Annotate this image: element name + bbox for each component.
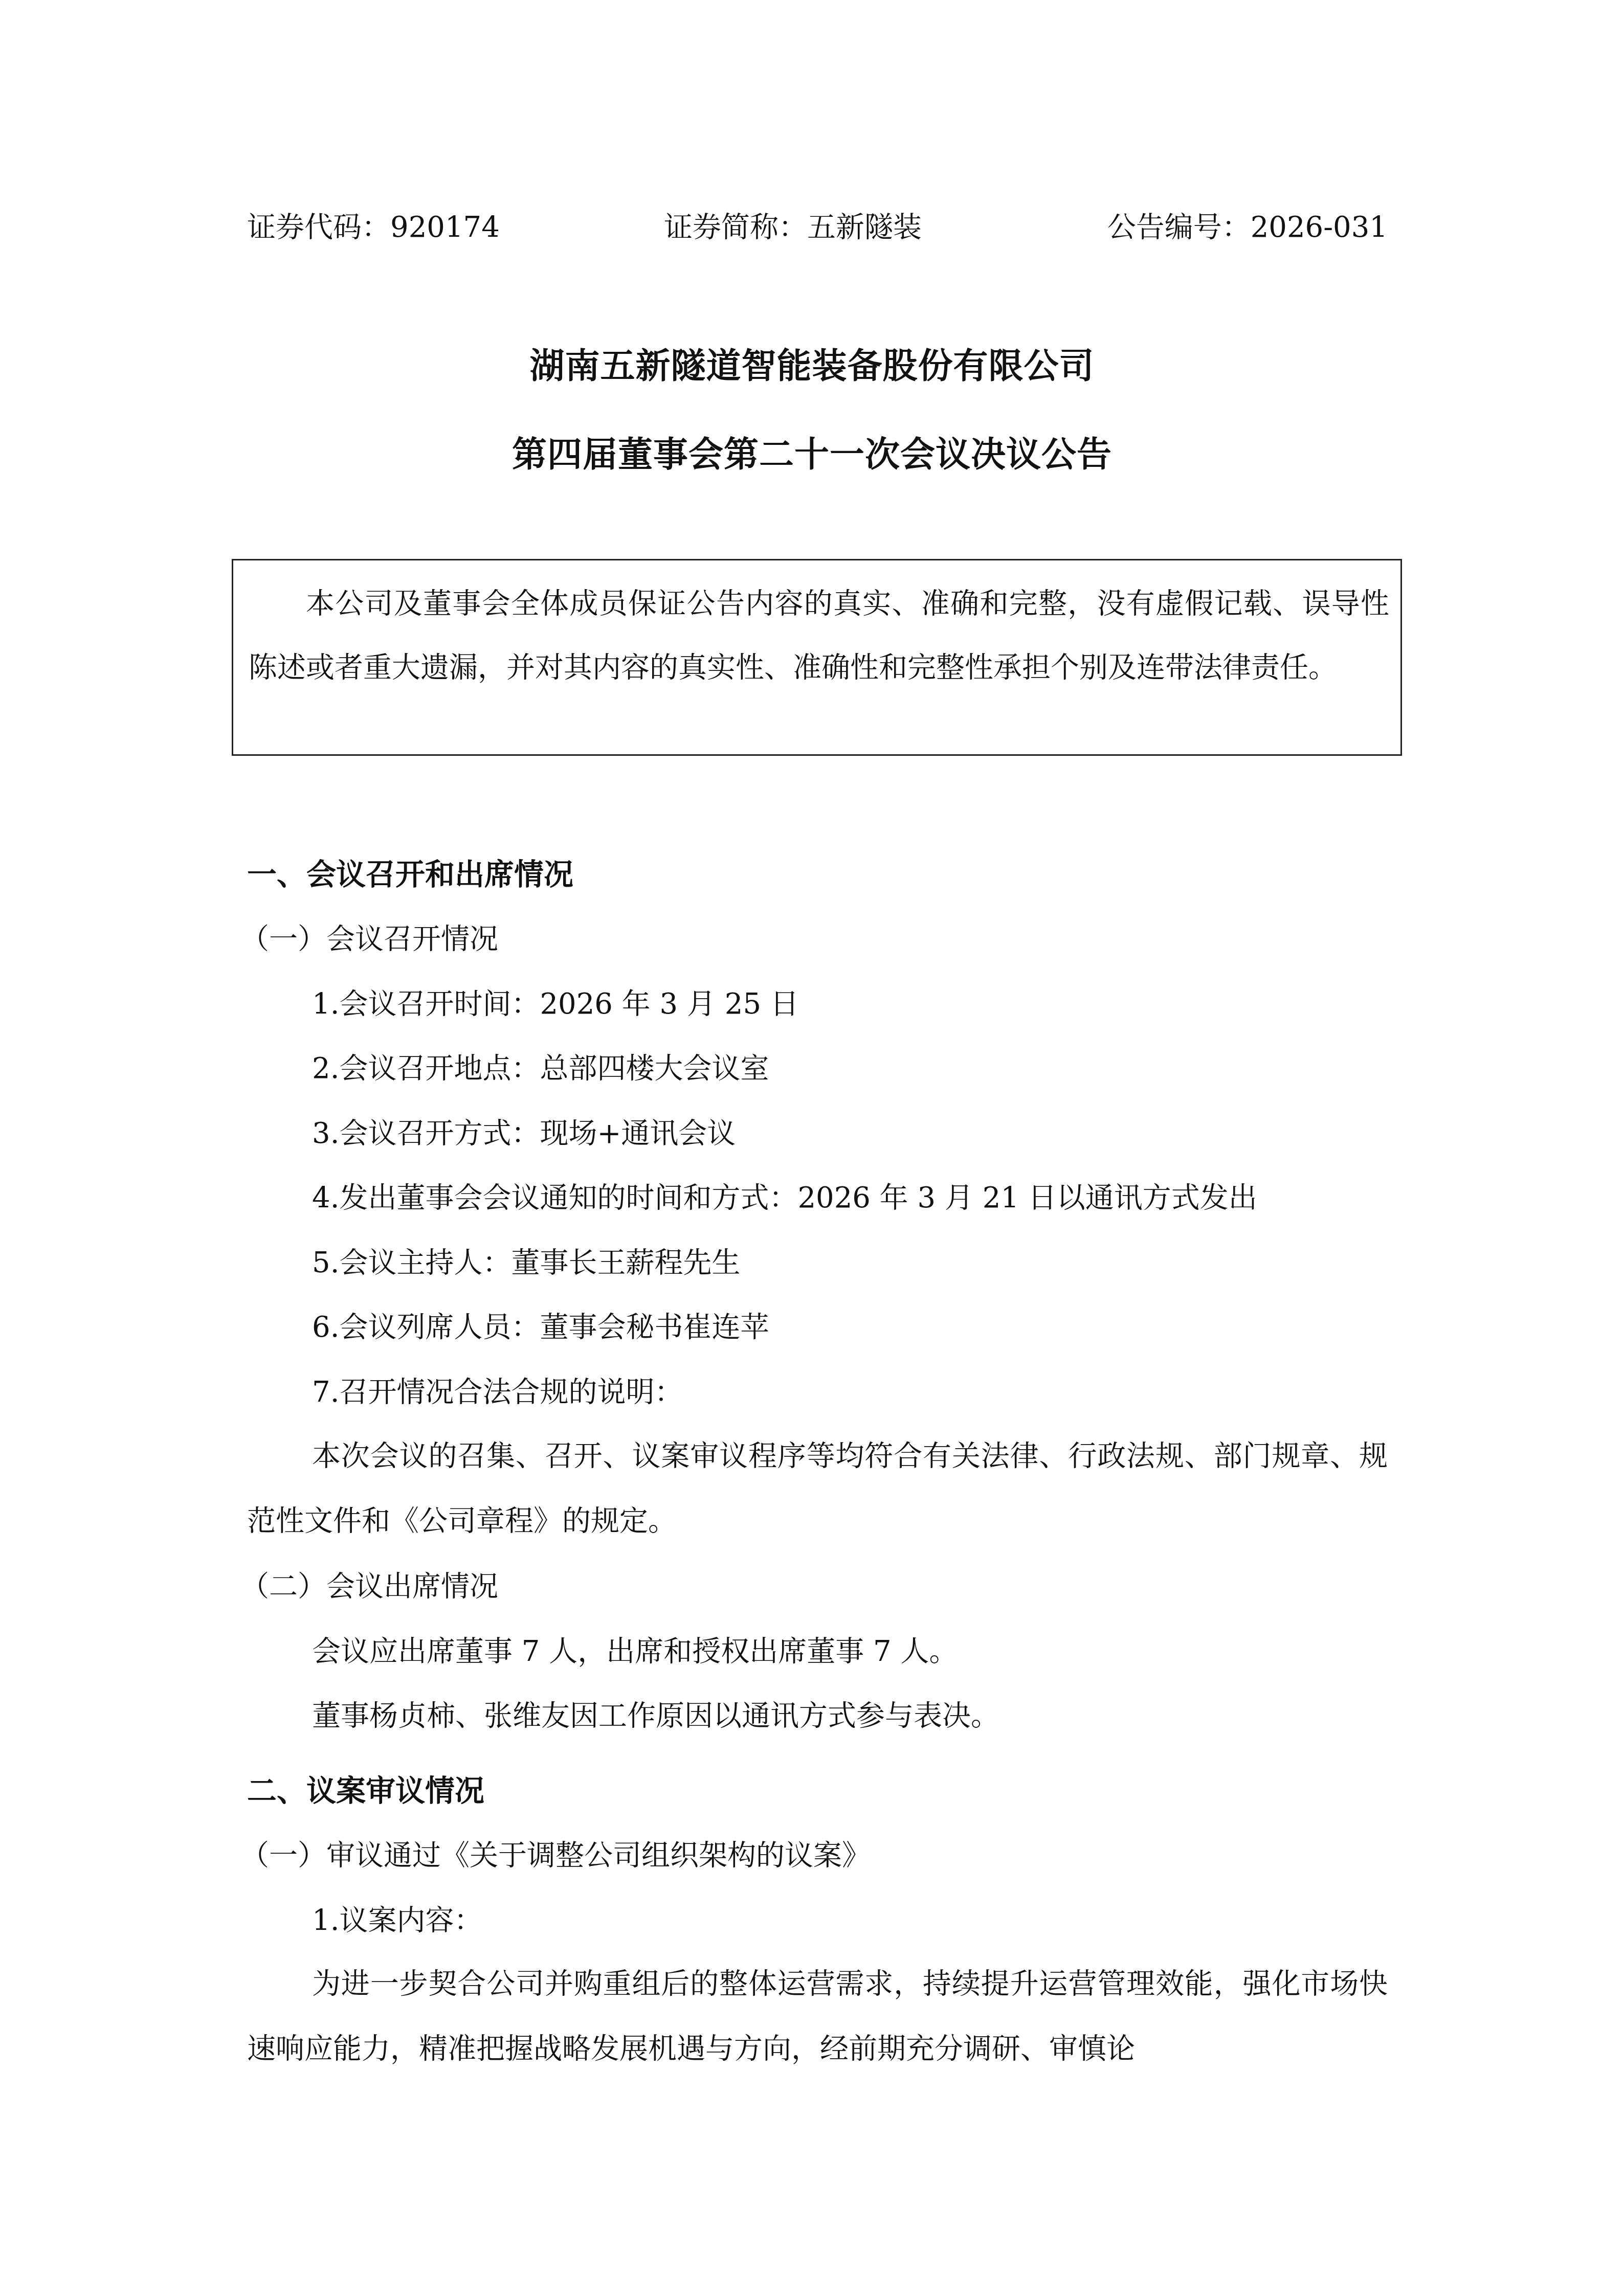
section-1-sub-1-heading: （一）会议召开情况 — [240, 919, 498, 960]
proposal-content-label: 1.议案内容： — [312, 1900, 482, 1941]
announcement-header: 证券代码：920174 证券简称：五新隧装 公告编号：2026-031 — [247, 207, 1388, 248]
section-1-sub-2-heading: （二）会议出席情况 — [240, 1566, 498, 1607]
attendance-count-line: 会议应出席董事 7 人，出席和授权出席董事 7 人。 — [312, 1631, 958, 1672]
compliance-paragraph: 本次会议的召集、召开、议案审议程序等均符合有关法律、行政法规、部门规章、规范性文… — [247, 1424, 1388, 1554]
remote-voting-line: 董事杨贞柿、张维友因工作原因以通讯方式参与表决。 — [312, 1696, 999, 1737]
stock-abbreviation: 证券简称：五新隧装 — [664, 207, 922, 248]
disclaimer-text: 本公司及董事会全体成员保证公告内容的真实、准确和完整，没有虚假记载、误导性陈述或… — [249, 572, 1389, 700]
stock-code: 证券代码：920174 — [247, 207, 500, 248]
announcement-number: 公告编号：2026-031 — [1107, 207, 1388, 248]
meeting-time-item: 1.会议召开时间：2026 年 3 月 25 日 — [312, 984, 799, 1025]
disclaimer-box: 本公司及董事会全体成员保证公告内容的真实、准确和完整，没有虚假记载、误导性陈述或… — [232, 559, 1402, 756]
notice-time-method-item: 4.发出董事会会议通知的时间和方式：2026 年 3 月 21 日以通讯方式发出 — [312, 1178, 1257, 1219]
section-2-sub-1-heading: （一）审议通过《关于调整公司组织架构的议案》 — [240, 1835, 871, 1876]
meeting-location-item: 2.会议召开地点：总部四楼大会议室 — [312, 1048, 769, 1089]
document-page: 证券代码：920174 证券简称：五新隧装 公告编号：2026-031 湖南五新… — [0, 0, 1624, 2296]
compliance-item: 7.召开情况合法合规的说明： — [312, 1372, 683, 1413]
meeting-method-item: 3.会议召开方式：现场+通讯会议 — [312, 1113, 736, 1154]
company-name-title: 湖南五新隧道智能装备股份有限公司 — [0, 344, 1624, 390]
attendees-item: 6.会议列席人员：董事会秘书崔连苹 — [312, 1307, 769, 1348]
meeting-chair-item: 5.会议主持人：董事长王薪程先生 — [312, 1243, 740, 1284]
section-2-heading: 二、议案审议情况 — [247, 1770, 484, 1811]
announcement-subject-title: 第四届董事会第二十一次会议决议公告 — [0, 432, 1624, 478]
proposal-content-paragraph: 为进一步契合公司并购重组后的整体运营需求，持续提升运营管理效能，强化市场快速响应… — [247, 1951, 1388, 2081]
section-1-heading: 一、会议召开和出席情况 — [247, 854, 573, 895]
